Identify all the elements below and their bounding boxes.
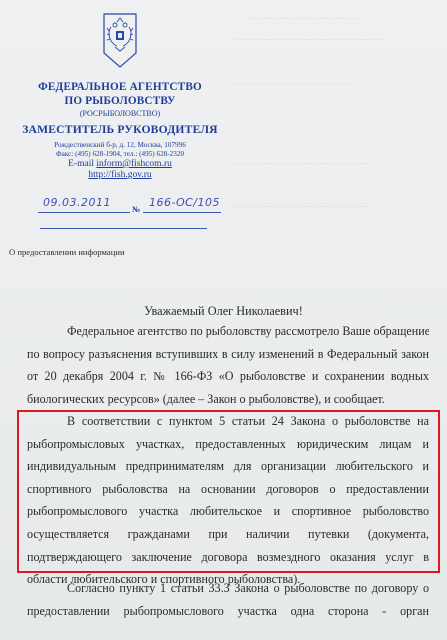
text-line: биологических ресурсов» (далее – Закон о…	[27, 388, 429, 411]
phones: Факс: (495) 628-1904, тел.: (495) 628-23…	[20, 150, 220, 158]
text-line: рыбопромысловых участках, предоставленны…	[27, 433, 429, 456]
show-through-text: — — — — — — — — —	[235, 77, 356, 89]
blank-underline	[40, 228, 207, 229]
text-line: Согласно пункту 1 статьи 33.3 Закона о р…	[27, 577, 429, 600]
registration-date: 09.03.2011	[43, 196, 111, 209]
subject-line: О предоставлении информации	[9, 247, 125, 257]
date-underline	[38, 212, 130, 213]
text-line: спортивного рыболовства на основании дог…	[27, 478, 429, 501]
position-title: ЗАМЕСТИТЕЛЬ РУКОВОДИТЕЛЯ	[20, 123, 220, 136]
show-through-text: — — — — — — — —	[250, 12, 357, 24]
letter-page: — — — — — — — — — — — — — — — — — — — — …	[0, 0, 447, 640]
text-line: осуществляется гражданами при наличии пу…	[27, 523, 429, 546]
greeting: Уважаемый Олег Николаевич!	[0, 304, 447, 319]
paragraph-intro: Федеральное агентство по рыболовству рас…	[27, 320, 429, 410]
text-line: подтверждающего заключение договора возм…	[27, 546, 429, 569]
text-line: В соответствии с пунктом 5 статьи 24 Зак…	[27, 410, 429, 433]
website-link[interactable]: http://fish.gov.ru	[20, 170, 220, 180]
paragraph-article-33: Согласно пункту 1 статьи 33.3 Закона о р…	[27, 577, 429, 622]
text-line: от 20 декабря 2004 г. № 166-ФЗ «О рыболо…	[27, 365, 429, 388]
email-line: E-mail inform@fishcom.ru	[20, 159, 220, 169]
show-through-text: — — — — — — — — — —	[235, 200, 370, 212]
agency-name-line1: ФЕДЕРАЛЬНОЕ АГЕНТСТВО	[20, 81, 220, 93]
email-label: E-mail	[68, 159, 94, 169]
text-line: предоставлении рыбопромыслового участка …	[27, 600, 429, 623]
text-line: по вопросу разъяснения вступивших в силу…	[27, 343, 429, 366]
show-through-text: — — — — — — — — — —	[235, 157, 370, 169]
text-line: индивидуальным предпринимателям для орга…	[27, 455, 429, 478]
email-link[interactable]: inform@fishcom.ru	[96, 159, 172, 169]
agency-name-line2: ПО РЫБОЛОВСТВУ	[20, 95, 220, 107]
registration-number: 166-ОС/105	[149, 196, 220, 209]
coat-of-arms-icon	[103, 13, 137, 68]
text-line: Федеральное агентство по рыболовству рас…	[27, 320, 429, 343]
show-through-text: — — — — — — — — — — —	[235, 33, 384, 45]
text-line: рыбопромыслового участка любительское и …	[27, 500, 429, 523]
address: Рождественский б-р, д. 12, Москва, 10799…	[20, 141, 220, 149]
agency-abbreviation: (РОСРЫБОЛОВСТВО)	[20, 109, 220, 118]
number-label: №	[132, 205, 140, 214]
paragraph-highlighted: В соответствии с пунктом 5 статьи 24 Зак…	[27, 410, 429, 591]
number-underline	[143, 212, 221, 213]
